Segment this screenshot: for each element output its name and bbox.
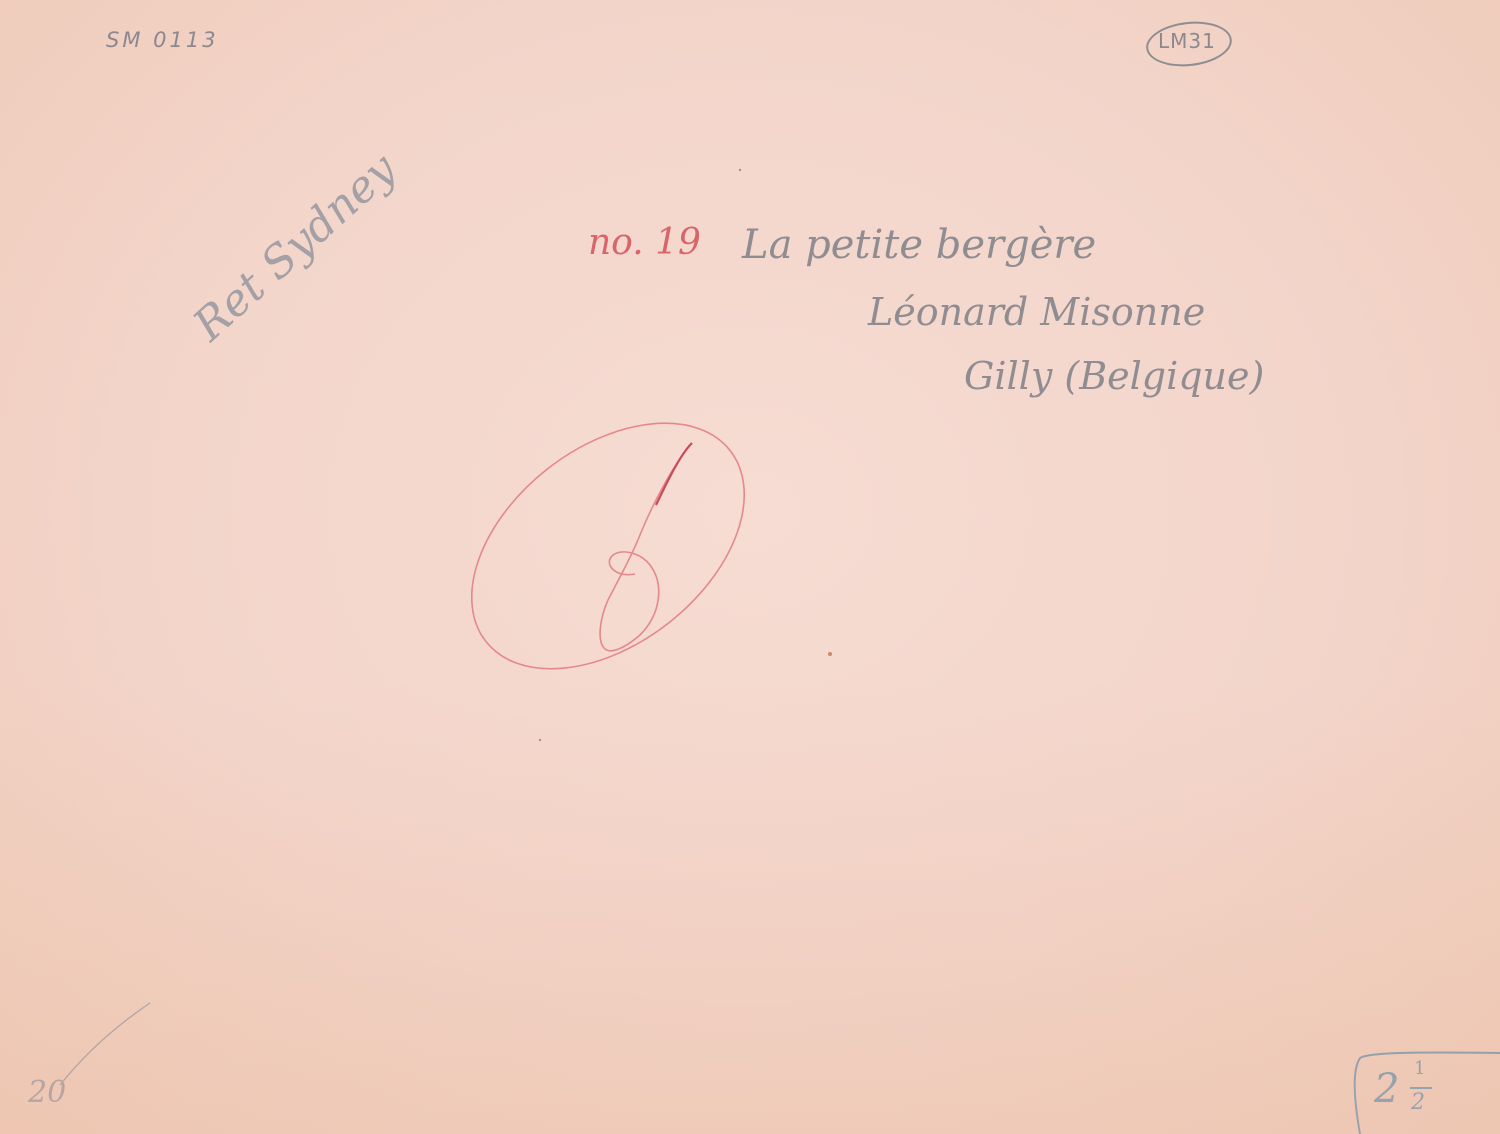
monogram-b-icon bbox=[0, 0, 1500, 1134]
price-mark-denominator: 2 bbox=[1411, 1090, 1425, 1115]
bottom-left-mark: 20 bbox=[28, 1075, 66, 1110]
price-mark-numerator: 1 bbox=[1414, 1058, 1425, 1079]
photo-verso-sheet: SM 0113 LM31 Ret Sydney no. 19 La petite… bbox=[0, 0, 1500, 1134]
price-mark-whole: 2 bbox=[1374, 1066, 1399, 1112]
